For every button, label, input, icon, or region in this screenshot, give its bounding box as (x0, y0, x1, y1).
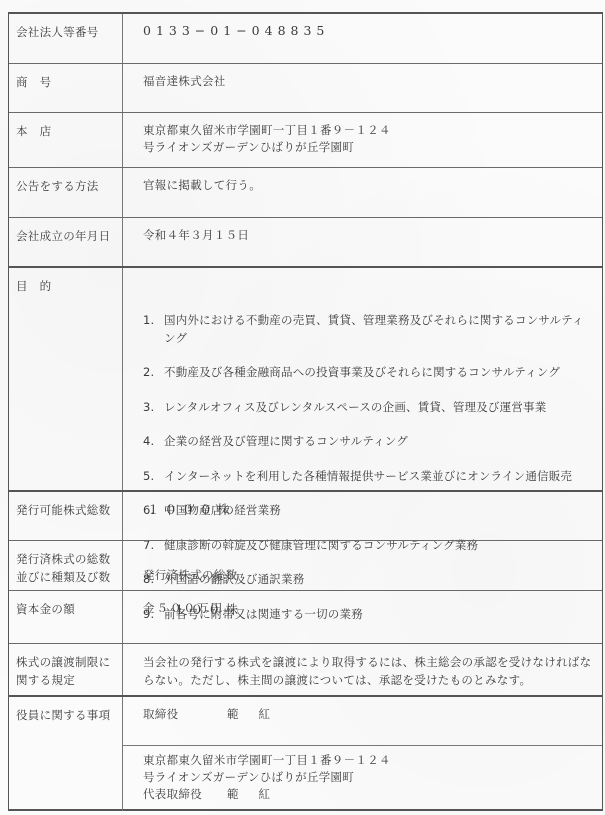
officer-representative-director: 東京都東久留米市学園町一丁目１番９－１２４ 号ライオンズガーデンひばりが丘学園町… (123, 746, 602, 811)
purpose-number: 4. (143, 433, 164, 451)
label-public-notice: 公告をする方法 (9, 168, 123, 217)
value-trade-name: 福音達株式会社 (123, 64, 602, 112)
purpose-text: インターネットを利用した各種情報提供サービス業並びにオンライン通信販売 (164, 468, 592, 486)
row-establishment-date: 会社成立の年月日 令和４年３月１５日 (9, 218, 602, 268)
row-authorized-shares: 発行可能株式総数 １０００株 (9, 492, 602, 541)
label-trade-name: 商 号 (9, 64, 123, 112)
purpose-number: 5. (143, 468, 164, 486)
purpose-text: 企業の経営及び管理に関するコンサルティング (164, 433, 592, 451)
label-capital: 資本金の額 (9, 591, 123, 643)
row-purpose: 目 的 1. 国内外における不動産の売買、賃貸、管理業務及びそれらに関するコンサ… (9, 268, 602, 492)
row-trade-name: 商 号 福音達株式会社 (9, 64, 602, 113)
purpose-text: レンタルオフィス及びレンタルスペースの企画、賃貸、管理及び運営事業 (164, 399, 592, 417)
value-establishment-date: 令和４年３月１５日 (123, 218, 602, 266)
purpose-text: 国内外における不動産の売買、賃貸、管理業務及びそれらに関するコンサルティング (164, 312, 592, 347)
row-share-transfer-restriction: 株式の譲渡制限に 関する規定 当会社の発行する株式を譲渡により取得するには、株主… (9, 644, 602, 697)
value-public-notice: 官報に掲載して行う。 (123, 168, 602, 217)
row-officers: 役員に関する事項 取締役 範紅 東京都東久留米市学園町一丁目１番９－１２４ 号ラ… (9, 697, 602, 811)
officer-title: 取締役 (143, 706, 227, 723)
label-head-office: 本 店 (9, 113, 123, 167)
value-head-office: 東京都東久留米市学園町一丁目１番９－１２４ 号ライオンズガーデンひばりが丘学園町 (123, 113, 602, 167)
row-corporate-number: 会社法人等番号 0133−01−048835 (9, 14, 602, 64)
label-share-transfer-restriction: 株式の譲渡制限に 関する規定 (9, 644, 123, 695)
row-head-office: 本 店 東京都東久留米市学園町一丁目１番９－１２４ 号ライオンズガーデンひばりが… (9, 113, 602, 168)
label-issued-shares: 発行済株式の総数 並びに種類及び数 (9, 541, 123, 590)
purpose-number: 1. (143, 312, 164, 347)
label-authorized-shares: 発行可能株式総数 (9, 492, 123, 540)
row-capital: 資本金の額 金５００万円 (9, 591, 602, 644)
issued-shares-heading: 発行済株式の総数 (143, 567, 602, 584)
purpose-item-4: 4. 企業の経営及び管理に関するコンサルティング (143, 433, 602, 451)
value-corporate-number: 0133−01−048835 (123, 14, 602, 63)
purpose-number: 3. (143, 399, 164, 417)
purpose-item-1: 1. 国内外における不動産の売買、賃貸、管理業務及びそれらに関するコンサルティン… (143, 312, 602, 347)
document-page: 会社法人等番号 0133−01−048835 商 号 福音達株式会社 本 店 東… (0, 0, 605, 815)
value-issued-shares: 発行済株式の総数 １００株 (123, 541, 602, 590)
row-issued-shares: 発行済株式の総数 並びに種類及び数 発行済株式の総数 １００株 (9, 541, 602, 591)
purpose-number: 2. (143, 364, 164, 382)
purpose-item-2: 2. 不動産及び各種金融商品への投資事業及びそれらに関するコンサルティング (143, 364, 602, 382)
value-authorized-shares: １０００株 (123, 492, 602, 540)
officer-address-line2: 号ライオンズガーデンひばりが丘学園町 (143, 769, 602, 786)
purpose-item-5: 5. インターネットを利用した各種情報提供サービス業並びにオンライン通信販売 (143, 468, 602, 486)
officer-address-line1: 東京都東久留米市学園町一丁目１番９－１２４ (143, 752, 602, 769)
officer-title: 代表取締役 (143, 786, 227, 803)
officer-name: 範紅 (227, 706, 290, 723)
value-purpose: 1. 国内外における不動産の売買、賃貸、管理業務及びそれらに関するコンサルティン… (123, 268, 602, 490)
value-capital: 金５００万円 (123, 591, 602, 643)
label-establishment-date: 会社成立の年月日 (9, 218, 123, 266)
officer-director: 取締役 範紅 (123, 697, 602, 746)
corporate-registry-table: 会社法人等番号 0133−01−048835 商 号 福音達株式会社 本 店 東… (8, 12, 603, 811)
officer-name: 範紅 (227, 786, 290, 803)
label-corporate-number: 会社法人等番号 (9, 14, 123, 63)
label-purpose: 目 的 (9, 268, 123, 490)
purpose-item-3: 3. レンタルオフィス及びレンタルスペースの企画、賃貸、管理及び運営事業 (143, 399, 602, 417)
purpose-text: 不動産及び各種金融商品への投資事業及びそれらに関するコンサルティング (164, 364, 592, 382)
value-share-transfer-restriction: 当会社の発行する株式を譲渡により取得するには、株主総会の承認を受けなければならな… (123, 644, 602, 695)
row-public-notice: 公告をする方法 官報に掲載して行う。 (9, 168, 602, 218)
label-officers: 役員に関する事項 (9, 697, 123, 811)
